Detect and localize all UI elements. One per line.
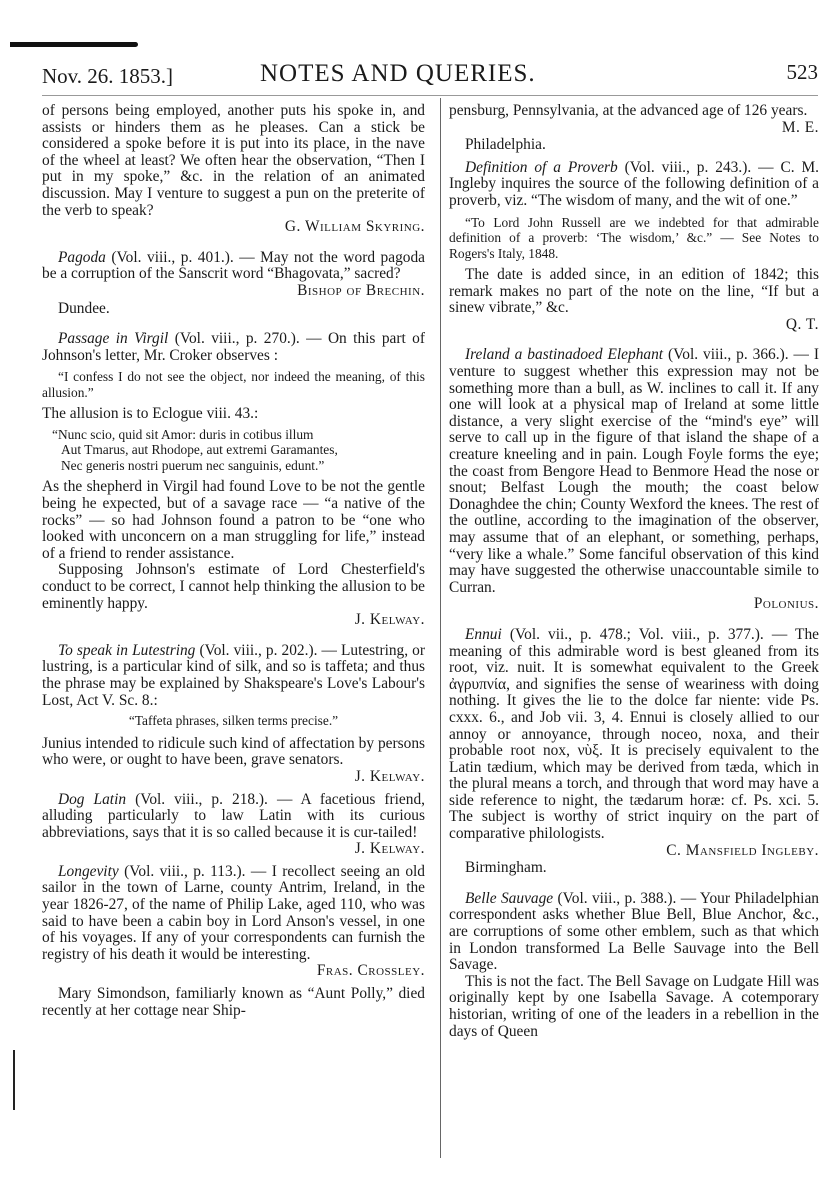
article-paragraph: Dog Latin (Vol. viii., p. 218.). — A fac… [42,792,425,842]
signature: M. E. [449,120,819,137]
article-pagoda: Pagoda (Vol. viii., p. 401.). — May not … [42,250,425,317]
article-belle-sauvage: Belle Sauvage (Vol. viii., p. 388.). — Y… [449,891,819,1040]
article-dog-latin: Dog Latin (Vol. viii., p. 218.). — A fac… [42,792,425,858]
article-reference: (Vol. viii., p. 218.). — [135,791,292,808]
signature: G. William Skyring. [42,219,425,236]
article-title: Passage in Virgil [58,330,168,347]
right-column: pensburg, Pennsylvania, at the advanced … [449,103,819,1040]
article-title: Ennui [465,626,502,643]
article-paragraph: Longevity (Vol. viii., p. 113.). — I rec… [42,864,425,964]
article-reference: (Vol. viii., p. 366.). — [668,346,809,363]
article-virgil: Passage in Virgil (Vol. viii., p. 270.).… [42,331,425,629]
article-ennui: Ennui (Vol. vii., p. 478.; Vol. viii., p… [449,627,819,877]
article-title: Pagoda [58,249,106,266]
scan-edge-bar [10,42,138,47]
signature: Fras. Crossley. [42,963,425,980]
block-quote: “Taffeta phrases, silken terms precise.” [42,713,425,730]
article-paragraph: Ireland a bastinadoed Elephant (Vol. vii… [449,347,819,596]
page-header: Nov. 26. 1853.] NOTES AND QUERIES. 523 [42,60,818,94]
article-title: Dog Latin [58,791,126,808]
article-paragraph: Junius intended to ridicule such kind of… [42,736,425,769]
article-body: of persons being employed, another puts … [42,103,425,219]
signature: Polonius. [449,596,819,613]
article-reference: (Vol. viii., p. 388.). — [558,890,697,907]
column-divider [440,98,441,1158]
article-paragraph: To speak in Lutestring (Vol. viii., p. 2… [42,643,425,709]
article-reference: (Vol. viii., p. 113.). — [124,863,266,880]
article-paragraph: The date is added since, in an edition o… [449,267,819,317]
article-title: Ireland a bastinadoed Elephant [465,346,663,363]
article-body: I venture to suggest whether this expres… [449,346,819,595]
article-paragraph: This is not the fact. The Bell Savage on… [449,974,819,1040]
signature: J. Kelway. [42,612,425,629]
article-title: Longevity [58,863,119,880]
scan-edge-line [13,1050,15,1110]
signature: J. Kelway. [42,841,425,858]
verse-quote: “Nunc scio, quid sit Amor: duris in coti… [52,427,425,474]
article-reference: (Vol. vii., p. 478.; Vol. viii., p. 377.… [510,626,787,643]
article-paragraph: The allusion is to Eclogue viii. 43.: [42,406,425,423]
article-reference: (Vol. viii., p. 202.). — [199,642,336,659]
article-paragraph: Passage in Virgil (Vol. viii., p. 270.).… [42,331,425,364]
article-paragraph: Mary Simondson, familiarly known as “Aun… [42,986,425,1019]
article-elephant: Ireland a bastinadoed Elephant (Vol. vii… [449,347,819,613]
signature: Bishop of Brechin. [42,283,425,300]
place-name: Philadelphia. [449,137,819,154]
block-quote: “To Lord John Russell are we indebted fo… [449,215,819,262]
issue-date: Nov. 26. 1853.] [42,64,173,89]
article-longevity: Longevity (Vol. viii., p. 113.). — I rec… [42,864,425,1019]
article-paragraph: Definition of a Proverb (Vol. viii., p. … [449,160,819,210]
left-column: of persons being employed, another puts … [42,103,425,1019]
article-proverb: Definition of a Proverb (Vol. viii., p. … [449,160,819,334]
signature: J. Kelway. [42,769,425,786]
article-reference: (Vol. viii., p. 401.). — [111,249,254,266]
article-spoke: of persons being employed, another puts … [42,103,425,236]
signature: Q. T. [449,317,819,334]
article-title: To speak in Lutestring [58,642,195,659]
header-rule [42,95,818,96]
article-paragraph: Belle Sauvage (Vol. viii., p. 388.). — Y… [449,891,819,974]
article-lutestring: To speak in Lutestring (Vol. viii., p. 2… [42,643,425,786]
article-paragraph: As the shepherd in Virgil had found Love… [42,479,425,562]
place-name: Dundee. [42,301,425,318]
article-body: The meaning of this admirable word is be… [449,626,819,842]
journal-title: NOTES AND QUERIES. [260,60,536,88]
article-body: pensburg, Pennsylvania, at the advanced … [449,103,819,120]
article-longevity-continued: pensburg, Pennsylvania, at the advanced … [449,103,819,154]
article-paragraph: Pagoda (Vol. viii., p. 401.). — May not … [42,250,425,283]
article-title: Belle Sauvage [465,890,553,907]
article-title: Definition of a Proverb [465,159,618,176]
article-reference: (Vol. viii., p. 270.). — [175,330,322,347]
page-number: 523 [787,60,819,85]
block-quote: “I confess I do not see the object, nor … [42,369,425,400]
signature: C. Mansfield Ingleby. [449,843,819,860]
article-paragraph: Ennui (Vol. vii., p. 478.; Vol. viii., p… [449,627,819,843]
article-reference: (Vol. viii., p. 243.). — [625,159,774,176]
place-name: Birmingham. [449,860,819,877]
article-paragraph: Supposing Johnson's estimate of Lord Che… [42,562,425,612]
